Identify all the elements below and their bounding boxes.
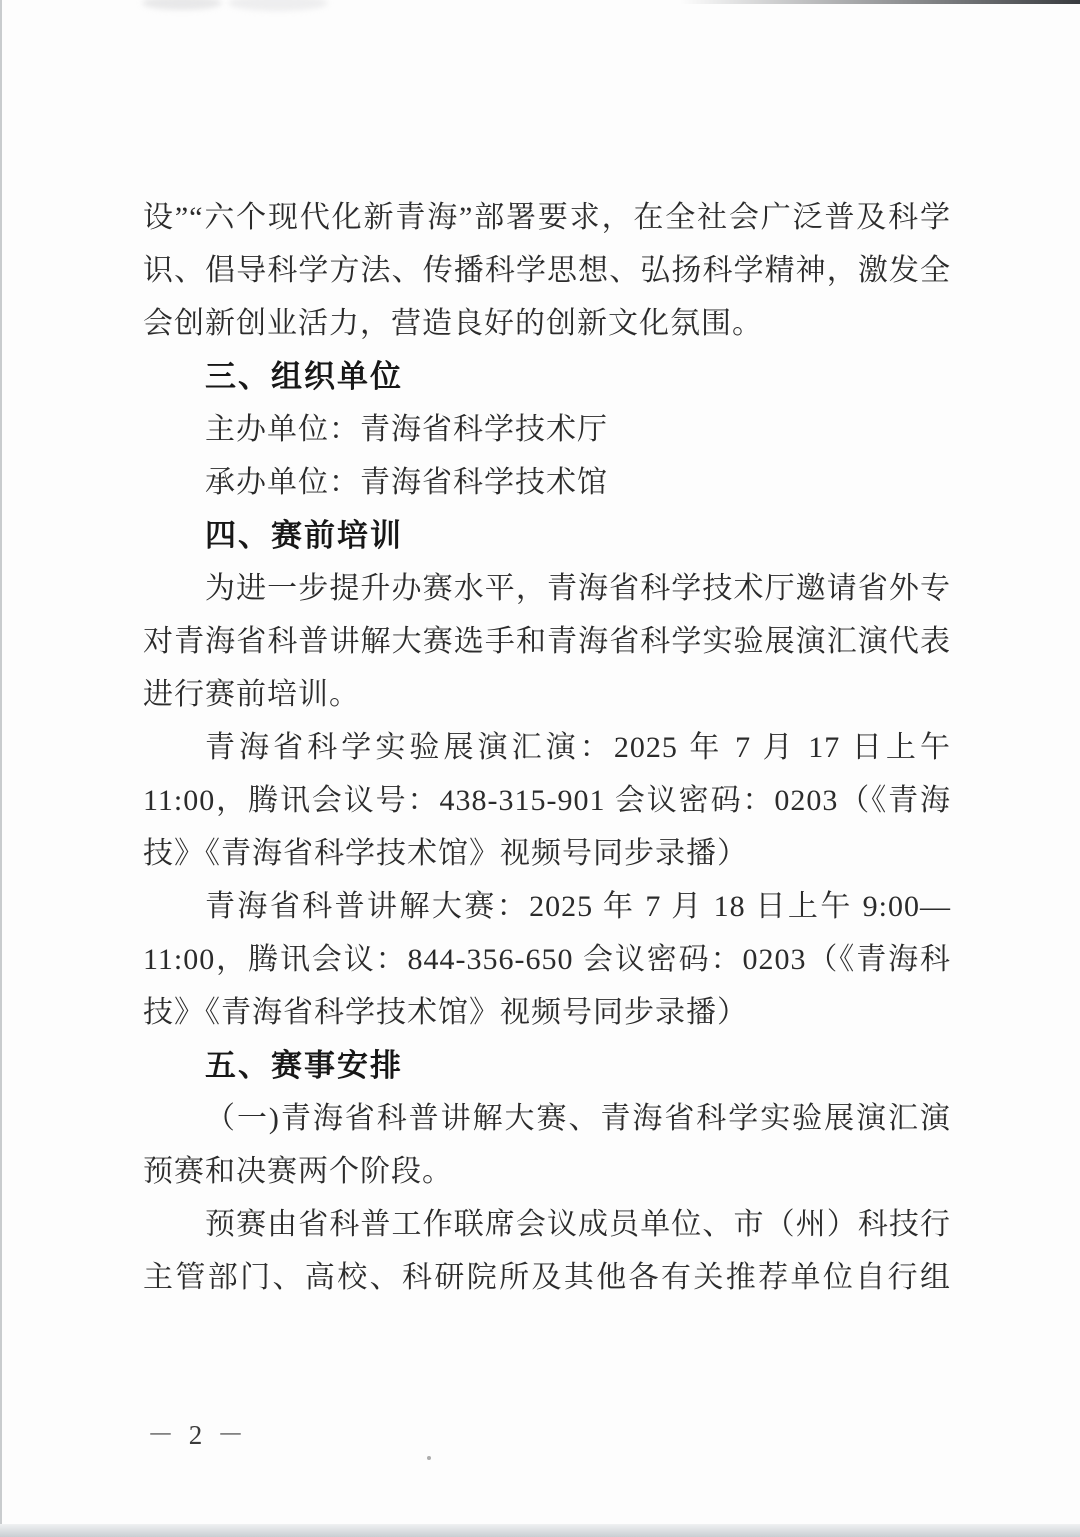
section-heading: 四、赛前培训 — [143, 509, 951, 562]
text-line: 为进一步提升办赛水平，青海省科学技术厅邀请省外专家 — [143, 562, 951, 615]
scan-speck-artifact — [427, 1456, 431, 1460]
text-line: 识、倡导科学方法、传播科学思想、弘扬科学精神，激发全社 — [143, 244, 951, 297]
text-line: 承办单位：青海省科学技术馆 — [143, 456, 951, 509]
section-heading: 五、赛事安排 — [143, 1039, 951, 1092]
scan-smudge-artifact — [228, 0, 328, 11]
text-line: 青海省科普讲解大赛：2025 年 7 月 18 日上午 9:00— — [143, 880, 951, 933]
text-line: （一)青海省科普讲解大赛、青海省科学实验展演汇演分为 — [143, 1092, 951, 1145]
text-line: 进行赛前培训。 — [143, 668, 951, 721]
scan-smudge-artifact — [142, 0, 222, 10]
text-line: 技》《青海省科学技术馆》视频号同步录播） — [143, 827, 951, 880]
scan-bottom-edge — [0, 1524, 1080, 1537]
text-line: 预赛由省科普工作联席会议成员单位、市（州）科技行政 — [143, 1198, 951, 1251]
document-page: 设”“六个现代化新青海”部署要求，在全社会广泛普及科学知识、倡导科学方法、传播科… — [0, 0, 1080, 1537]
text-line: 11:00，腾讯会议号：438-315-901 会议密码：0203（《青海科 — [143, 774, 951, 827]
document-body: 设”“六个现代化新青海”部署要求，在全社会广泛普及科学知识、倡导科学方法、传播科… — [143, 191, 951, 1304]
page-number: － 2 － — [147, 1413, 248, 1452]
text-line: 主办单位：青海省科学技术厅 — [143, 403, 951, 456]
section-heading: 三、组织单位 — [143, 350, 951, 403]
text-line: 11:00，腾讯会议：844-356-650 会议密码：0203（《青海科 — [143, 933, 951, 986]
text-line: 会创新创业活力，营造良好的创新文化氛围。 — [143, 297, 951, 350]
text-line: 对青海省科普讲解大赛选手和青海省科学实验展演汇演代表队 — [143, 615, 951, 668]
text-line: 技》《青海省科学技术馆》视频号同步录播） — [143, 986, 951, 1039]
text-line: 青海省科学实验展演汇演：2025 年 7 月 17 日上午 9:00— — [143, 721, 951, 774]
scan-edge-artifact — [0, 0, 2, 1537]
text-line: 主管部门、高校、科研院所及其他各有关推荐单位自行组织， — [143, 1251, 951, 1304]
text-line: 设”“六个现代化新青海”部署要求，在全社会广泛普及科学知 — [143, 191, 951, 244]
scan-edge-artifact — [680, 0, 1080, 4]
text-line: 预赛和决赛两个阶段。 — [143, 1145, 951, 1198]
